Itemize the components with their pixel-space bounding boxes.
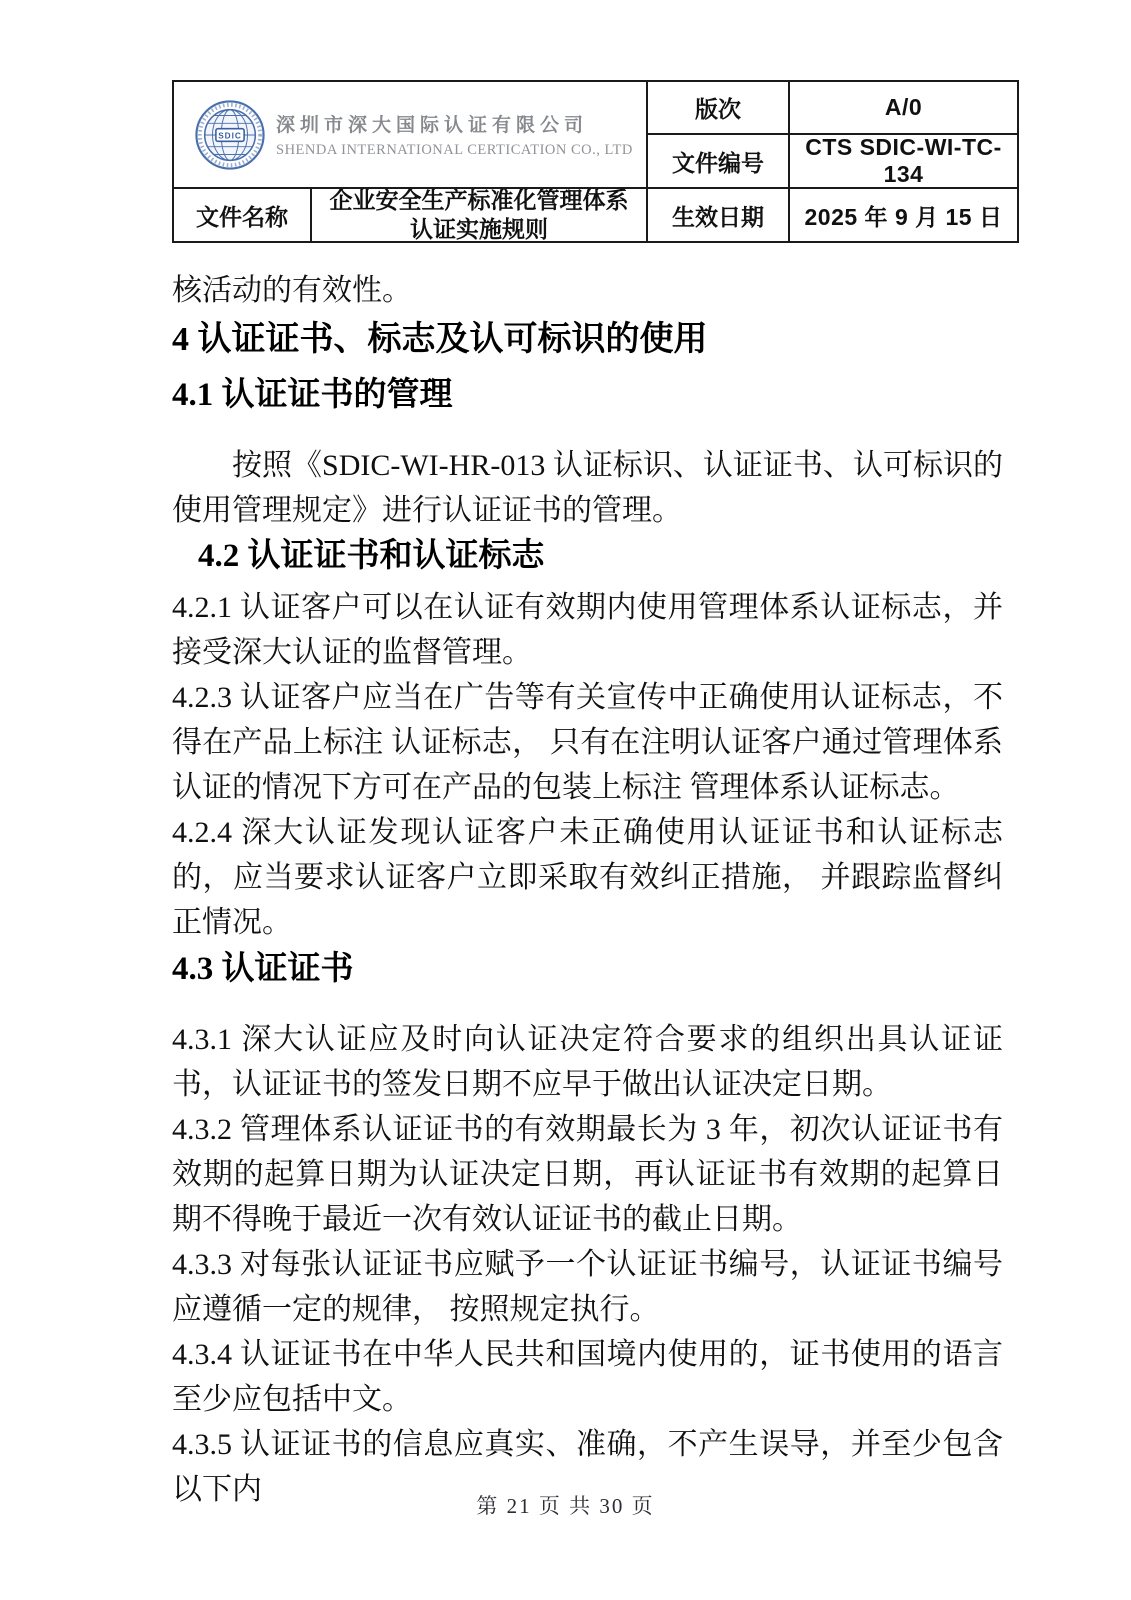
section-heading: 4 认证证书、标志及认可标识的使用 xyxy=(172,315,1003,365)
body-paragraph: 4.2.3 认证客户应当在广告等有关宣传中正确使用认证标志，不得在产品上标注 认… xyxy=(172,675,1003,810)
company-names: 深圳市深大国际认证有限公司 SHENDA INTERNATIONAL CERTI… xyxy=(276,110,633,159)
version-value: A/0 xyxy=(790,82,1017,135)
company-name-en: SHENDA INTERNATIONAL CERTICATION CO., LT… xyxy=(276,142,633,159)
body-paragraph: 按照《SDIC-WI-HR-013 认证标识、认证证书、认可标识的使用管理规定》… xyxy=(172,443,1003,533)
body-paragraph: 4.2.4 深大认证发现认证客户未正确使用认证证书和认证标志的，应当要求认证客户… xyxy=(172,810,1003,945)
company-logo-icon: SDIC xyxy=(194,99,266,171)
section-heading: 4.1 认证证书的管理 xyxy=(172,371,1003,419)
doc-name-label: 文件名称 xyxy=(174,189,312,241)
document-page: SDIC 深圳市深大国际认证有限公司 SHENDA INTERNATIONAL … xyxy=(0,0,1131,1600)
body-paragraph: 4.3.3 对每张认证证书应赋予一个认证证书编号，认证证书编号应遵循一定的规律，… xyxy=(172,1242,1003,1332)
document-body: 核活动的有效性。4 认证证书、标志及认可标识的使用4.1 认证证书的管理按照《S… xyxy=(172,268,1003,1512)
body-paragraph: 4.3.2 管理体系认证证书的有效期最长为 3 年，初次认证证书有效期的起算日期… xyxy=(172,1107,1003,1242)
company-name-cn: 深圳市深大国际认证有限公司 xyxy=(276,110,588,137)
logo-sdic-text: SDIC xyxy=(218,131,242,140)
doc-number-value: CTS SDIC-WI-TC-134 xyxy=(790,135,1017,189)
effective-date-value: 2025 年 9 月 15 日 xyxy=(790,189,1017,241)
body-paragraph: 4.3.4 认证证书在中华人民共和国境内使用的，证书使用的语言至少应包括中文。 xyxy=(172,1332,1003,1422)
doc-number-label: 文件编号 xyxy=(648,135,790,189)
body-paragraph: 4.2.1 认证客户可以在认证有效期内使用管理体系认证标志，并接受深大认证的监督… xyxy=(172,585,1003,675)
body-paragraph: 核活动的有效性。 xyxy=(172,268,1003,313)
doc-name-value: 企业安全生产标准化管理体系认证实施规则 xyxy=(312,189,648,241)
page-footer: 第 21 页 共 30 页 xyxy=(0,1490,1131,1520)
company-logo-cell: SDIC 深圳市深大国际认证有限公司 SHENDA INTERNATIONAL … xyxy=(174,82,648,189)
section-heading: 4.2 认证证书和认证标志 xyxy=(172,533,1003,579)
effective-date-label: 生效日期 xyxy=(648,189,790,241)
version-label: 版次 xyxy=(648,82,790,135)
section-heading: 4.3 认证证书 xyxy=(172,945,1003,993)
body-paragraph: 4.3.1 深大认证应及时向认证决定符合要求的组织出具认证证书，认证证书的签发日… xyxy=(172,1017,1003,1107)
header-table: SDIC 深圳市深大国际认证有限公司 SHENDA INTERNATIONAL … xyxy=(172,80,1019,243)
